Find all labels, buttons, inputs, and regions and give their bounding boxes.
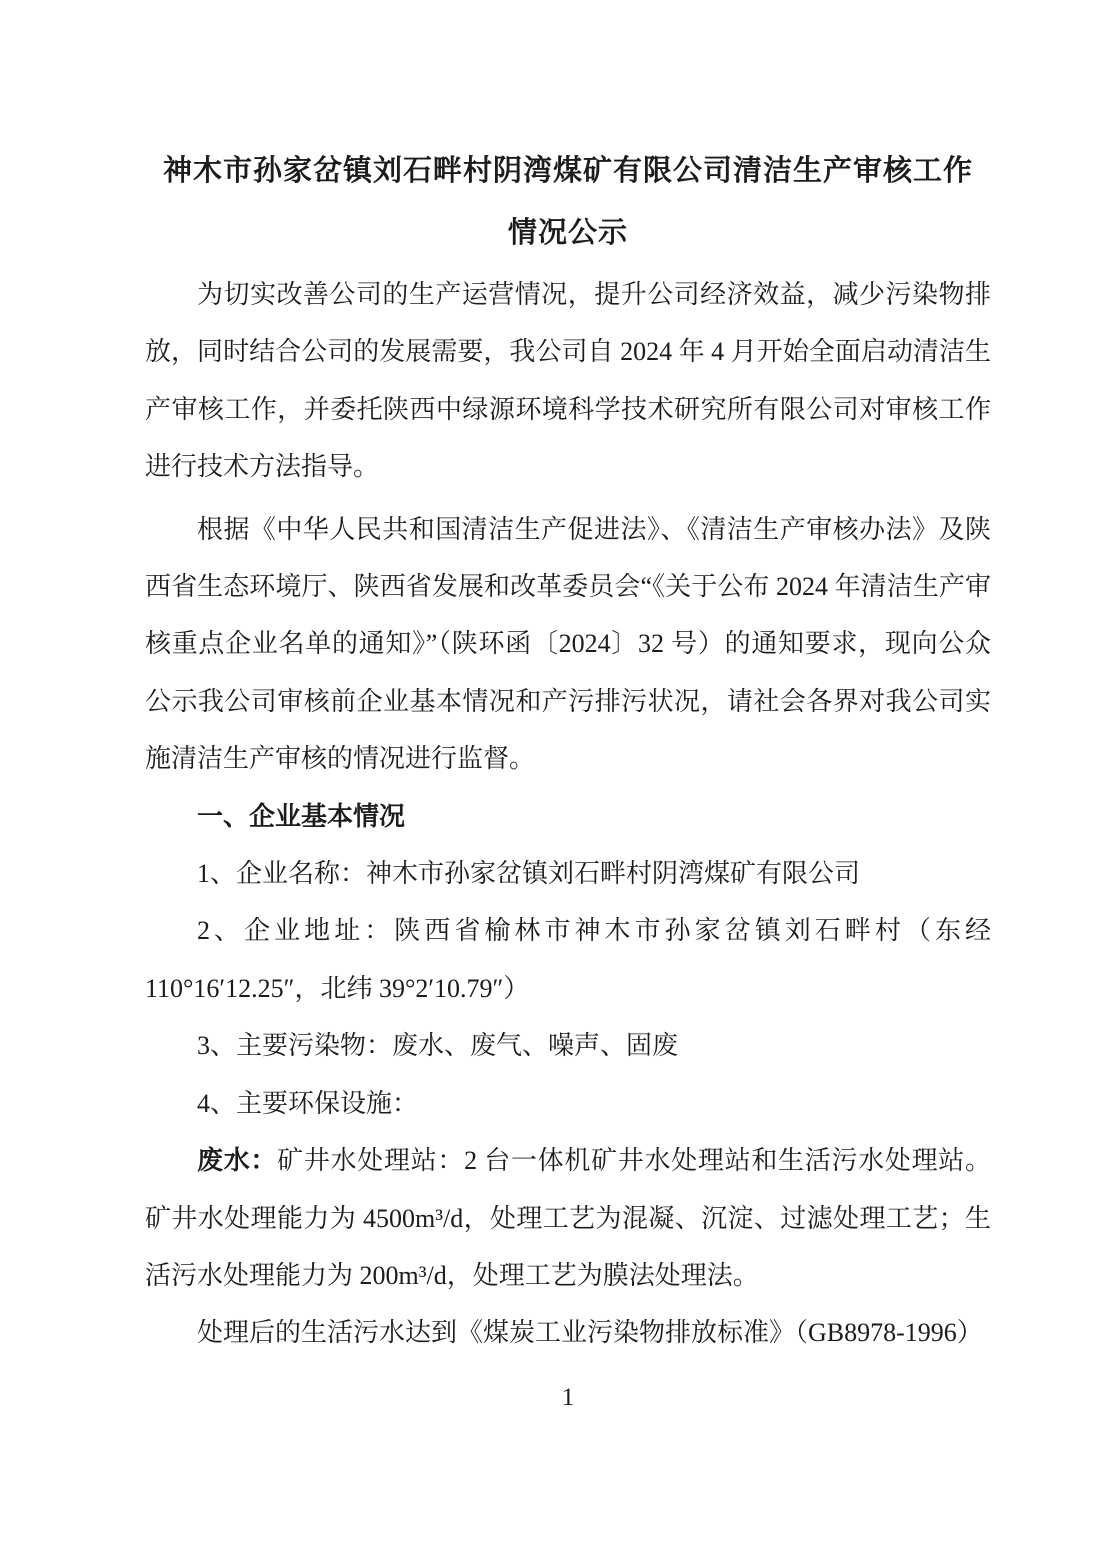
paragraph-wastewater: 废水：矿井水处理站：2 台一体机矿井水处理站和生活污水处理站。矿井水处理能力为 … xyxy=(145,1132,991,1304)
item-env-facilities: 4、主要环保设施： xyxy=(145,1075,991,1132)
document-body: 为切实改善公司的生产运营情况，提升公司经济效益，减少污染物排放，同时结合公司的发… xyxy=(145,266,991,1362)
paragraph-basis: 根据《中华人民共和国清洁生产促进法》、《清洁生产审核办法》及陕西省生态环境厅、陕… xyxy=(145,501,991,788)
document-page: 神木市孙家岔镇刘石畔村阴湾煤矿有限公司清洁生产审核工作 情况公示 为切实改善公司… xyxy=(0,0,1102,1558)
page-footer: 1 xyxy=(145,1383,991,1413)
document-title-line2: 情况公示 xyxy=(145,202,991,264)
paragraph-standard: 处理后的生活污水达到《煤炭工业污染物排放标准》（GB8978-1996） xyxy=(145,1304,991,1361)
page-number: 1 xyxy=(562,1384,575,1411)
section-heading-basic-info: 一、企业基本情况 xyxy=(145,788,991,845)
item-company-name: 1、企业名称：神木市孙家岔镇刘石畔村阴湾煤矿有限公司 xyxy=(145,845,991,902)
document-title: 神木市孙家岔镇刘石畔村阴湾煤矿有限公司清洁生产审核工作 情况公示 xyxy=(145,140,991,264)
item-main-pollutants: 3、主要污染物：废水、废气、噪声、固废 xyxy=(145,1017,991,1074)
wastewater-label: 废水： xyxy=(197,1146,277,1175)
paragraph-intro: 为切实改善公司的生产运营情况，提升公司经济效益，减少污染物排放，同时结合公司的发… xyxy=(145,266,991,496)
document-content: 神木市孙家岔镇刘石畔村阴湾煤矿有限公司清洁生产审核工作 情况公示 为切实改善公司… xyxy=(145,140,991,1362)
item-company-address: 2、企业地址：陕西省榆林市神木市孙家岔镇刘石畔村（东经 110°16′12.25… xyxy=(145,902,991,1017)
document-title-line1: 神木市孙家岔镇刘石畔村阴湾煤矿有限公司清洁生产审核工作 xyxy=(145,140,991,202)
